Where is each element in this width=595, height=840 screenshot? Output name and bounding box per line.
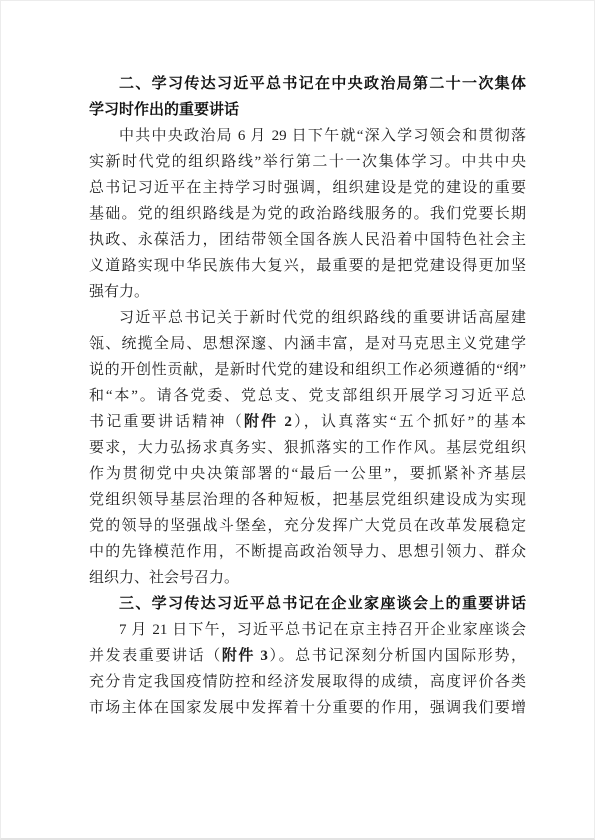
- text-line: 三、学习传达习近平总书记在企业家座谈会上的重要讲话: [89, 591, 526, 617]
- text-line: 中的先锋模范作用，不断提高政治领导力、思想引领力、群众: [89, 539, 526, 565]
- attachment-reference: 附件 2: [244, 414, 292, 430]
- text-line: 习近平总书记关于新时代党的组织路线的重要讲话高屋建: [89, 305, 526, 331]
- text-line: 要求，大力弘扬求真务实、狠抓落实的工作作风。基层党组织: [89, 435, 526, 461]
- text-line: 充分肯定我国疫情防控和经济发展取得的成绩，高度评价各类: [89, 669, 526, 695]
- text-segment: 书记重要讲话精神（: [89, 414, 244, 430]
- text-line: 瓴、统揽全局、思想深邃、内涵丰富，是对马克思主义党建学: [89, 331, 526, 357]
- text-line: 作为贯彻党中央决策部署的“最后一公里”，要抓紧补齐基层: [89, 461, 526, 487]
- text-line: 书记重要讲话精神（附件 2），认真落实“五个抓好”的基本: [89, 409, 526, 435]
- body-paragraph: 习近平总书记关于新时代党的组织路线的重要讲话高屋建瓴、统揽全局、思想深邃、内涵丰…: [89, 305, 526, 591]
- text-line: 学习时作出的重要讲话: [89, 97, 526, 123]
- text-line: 执政、永葆活力，团结带领全国各族人民沿着中国特色社会主: [89, 227, 526, 253]
- text-line: 二、学习传达习近平总书记在中央政治局第二十一次集体: [89, 71, 526, 97]
- text-line: 基础。党的组织路线是为党的政治路线服务的。我们党要长期: [89, 201, 526, 227]
- text-line: 党的领导的坚强战斗堡垒，充分发挥广大党员在改革发展稳定: [89, 513, 526, 539]
- section-heading: 二、学习传达习近平总书记在中央政治局第二十一次集体学习时作出的重要讲话: [89, 71, 526, 123]
- text-line: 说的开创性贡献，是新时代党的建设和组织工作必须遵循的“纲”: [89, 357, 526, 383]
- text-segment: ）。总书记深刻分析国内国际形势，: [268, 648, 526, 664]
- text-line: 中共中央政治局 6 月 29 日下午就“深入学习领会和贯彻落: [89, 123, 526, 149]
- text-line: 组织力、社会号召力。: [89, 565, 526, 591]
- text-line: 并发表重要讲话（附件 3）。总书记深刻分析国内国际形势，: [89, 643, 526, 669]
- text-segment: ），认真落实“五个抓好”的基本: [292, 414, 526, 430]
- body-paragraph: 7 月 21 日下午，习近平总书记在京主持召开企业家座谈会并发表重要讲话（附件 …: [89, 617, 526, 721]
- page-text: 二、学习传达习近平总书记在中央政治局第二十一次集体学习时作出的重要讲话中共中央政…: [89, 71, 526, 721]
- body-paragraph: 中共中央政治局 6 月 29 日下午就“深入学习领会和贯彻落实新时代党的组织路线…: [89, 123, 526, 305]
- text-segment: 并发表重要讲话（: [89, 648, 222, 664]
- document-page: 二、学习传达习近平总书记在中央政治局第二十一次集体学习时作出的重要讲话中共中央政…: [0, 0, 595, 840]
- text-line: 党组织领导基层治理的各种短板，把基层党组织建设成为实现: [89, 487, 526, 513]
- text-line: 和“本”。请各党委、党总支、党支部组织开展学习习近平总: [89, 383, 526, 409]
- text-line: 7 月 21 日下午，习近平总书记在京主持召开企业家座谈会: [89, 617, 526, 643]
- text-line: 总书记习近平在主持学习时强调，组织建设是党的建设的重要: [89, 175, 526, 201]
- section-heading: 三、学习传达习近平总书记在企业家座谈会上的重要讲话: [89, 591, 526, 617]
- text-line: 实新时代党的组织路线”举行第二十一次集体学习。中共中央: [89, 149, 526, 175]
- text-line: 义道路实现中华民族伟大复兴，最重要的是把党建设得更加坚: [89, 253, 526, 279]
- text-line: 强有力。: [89, 279, 526, 305]
- attachment-reference: 附件 3: [222, 648, 268, 664]
- text-line: 市场主体在国家发展中发挥着十分重要的作用，强调我们要增: [89, 695, 526, 721]
